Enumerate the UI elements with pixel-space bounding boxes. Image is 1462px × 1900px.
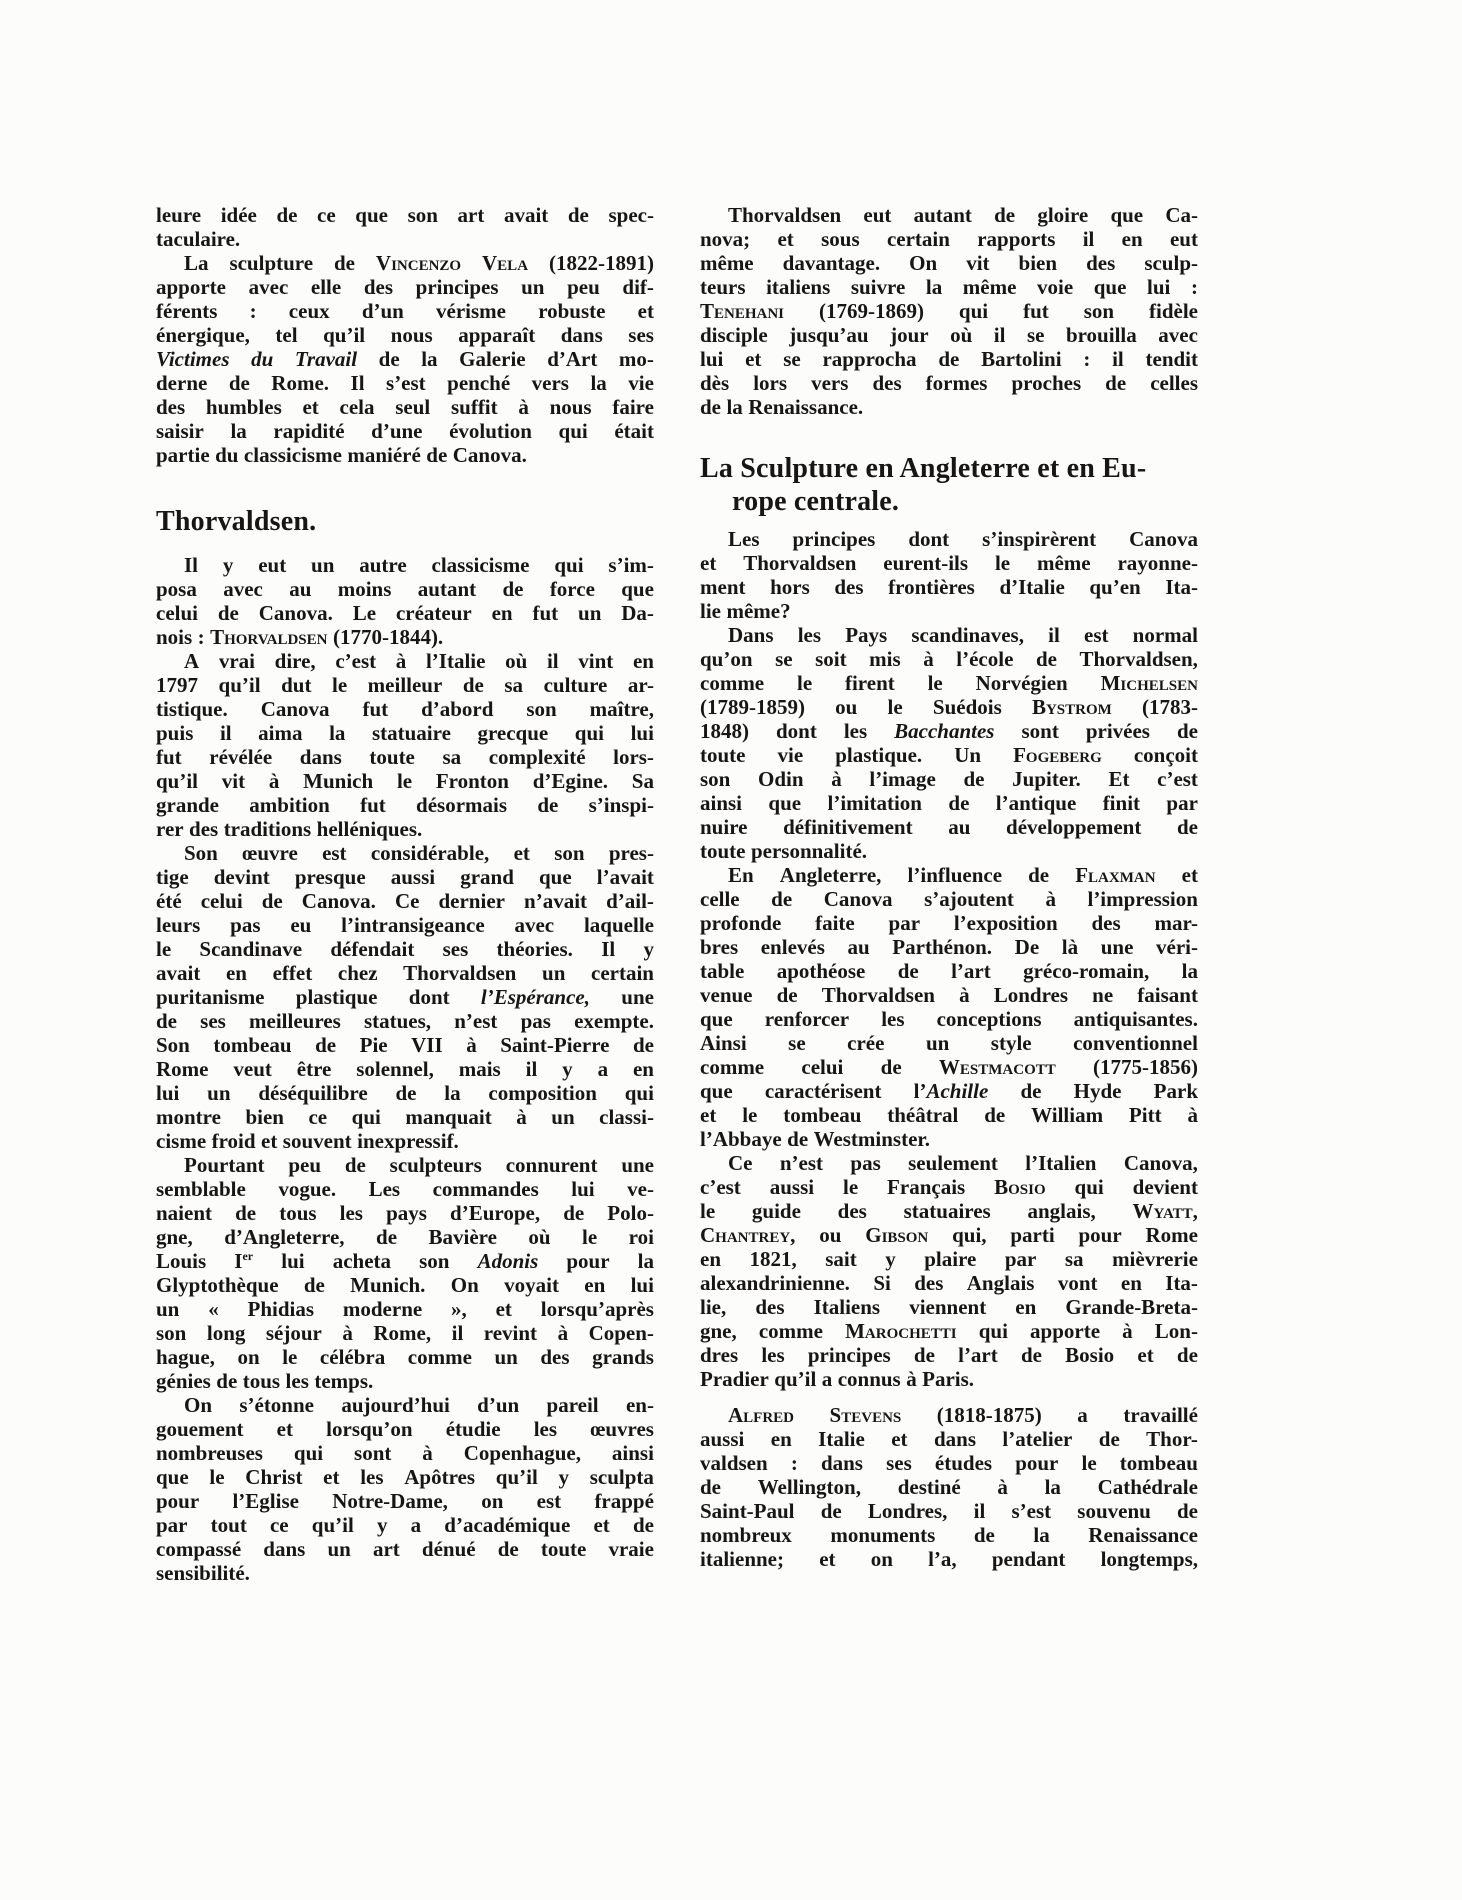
word: tige	[156, 865, 189, 889]
word: du	[215, 443, 238, 467]
text-line: Romeveutêtresolennel,maisilyaen	[156, 1057, 654, 1081]
word: évolution	[449, 419, 532, 443]
word: tous	[279, 1201, 316, 1225]
word: sculpta	[590, 1465, 654, 1489]
word: son	[700, 767, 730, 791]
text-line: leureidéedecequesonartavaitdespec-	[156, 203, 654, 227]
text-line: Pourtantpeudesculpteursconnurentune	[156, 1153, 654, 1177]
text-line: étéceluideCanova.Cederniern’avaitd’ail-	[156, 889, 654, 913]
word: il	[526, 1057, 538, 1081]
word: italiens	[766, 275, 830, 299]
word: célébra	[320, 1345, 385, 1369]
word: saisir	[156, 419, 204, 443]
word: de	[700, 1475, 721, 1499]
word: vogue.	[278, 1177, 336, 1201]
word: pays	[386, 1201, 427, 1225]
text-line: nombreusesquisontàCopenhague,ainsi	[156, 1441, 654, 1465]
word: le	[928, 671, 943, 695]
word: à	[1122, 1319, 1133, 1343]
text-line: Cen’estpasseulementl’ItalienCanova,	[700, 1151, 1198, 1175]
word: Dans	[728, 623, 774, 647]
word: Christ	[245, 1465, 302, 1489]
word: a	[411, 1513, 422, 1537]
word: à	[1045, 887, 1056, 911]
word: des	[838, 1199, 867, 1223]
text-line: disciplejusqu’aujouroùilsebrouillaavec	[700, 323, 1198, 347]
word: gréco-romain,	[1023, 959, 1149, 983]
word: l’art	[951, 959, 991, 983]
word: en	[633, 1057, 654, 1081]
word: table	[700, 959, 744, 983]
word: par	[1005, 1247, 1037, 1271]
word: De	[1015, 935, 1040, 959]
word: Italie	[818, 1427, 865, 1451]
word: puis	[156, 721, 193, 745]
word: Angleterre,	[780, 863, 882, 887]
word: connurent	[506, 1153, 598, 1177]
word: même	[1037, 551, 1091, 575]
text-line: etThorvaldseneurent-ilslemêmerayonne-	[700, 551, 1198, 575]
word: s’ajoutent	[924, 887, 1014, 911]
word: Fronton	[436, 769, 509, 793]
word: avec	[514, 913, 554, 937]
word: art	[373, 1537, 400, 1561]
word: l’Abbaye	[700, 1127, 782, 1151]
text-line: lie,desItaliensviennentenGrande-Breta-	[700, 1295, 1198, 1319]
text-line: commelefirentleNorvégienMichelsen	[700, 671, 1198, 695]
word: long	[207, 1321, 246, 1345]
word: il	[1048, 623, 1060, 647]
word: mièvrerie	[1112, 1247, 1198, 1271]
word: à	[997, 1475, 1008, 1499]
word: y	[562, 1057, 573, 1081]
word: Londres,	[868, 1499, 948, 1523]
word: Canova	[824, 887, 893, 911]
word: à	[831, 767, 842, 791]
word: fut	[1023, 299, 1049, 323]
word: firent	[845, 671, 895, 695]
word: à	[558, 1321, 569, 1345]
word: déséquilibre	[258, 1081, 367, 1105]
word: il	[1112, 347, 1124, 371]
text-line: luiundéséquilibredelacompositionqui	[156, 1081, 654, 1105]
word: Tenehani	[700, 299, 784, 323]
word: idée	[221, 203, 257, 227]
word: l’atelier	[1002, 1427, 1072, 1451]
word: pour	[156, 1489, 199, 1513]
word: d’académique	[444, 1513, 570, 1537]
word: les	[761, 1343, 784, 1367]
word: conventionnel	[1073, 1031, 1198, 1055]
word: l’Eglise	[232, 1489, 299, 1513]
word: Ita-	[1165, 575, 1198, 599]
word: un	[327, 1537, 350, 1561]
word: personnalité.	[751, 839, 867, 863]
paragraph: Ilyeutunautreclassicismequis’im-posaavec…	[156, 553, 654, 649]
text-line: bresenlevésauParthénon.Delàunevéri-	[700, 935, 1198, 959]
word: de	[1036, 647, 1057, 671]
word: Ainsi	[700, 1031, 747, 1055]
word: qui	[625, 1081, 654, 1105]
word: de	[898, 959, 919, 983]
word: eut	[258, 553, 286, 577]
word: même?	[726, 599, 790, 623]
word: grecque	[477, 721, 548, 745]
word: gloire	[1037, 203, 1088, 227]
word: nous	[391, 323, 433, 347]
word: de	[964, 767, 985, 791]
word: pour	[1079, 1223, 1122, 1247]
word: un	[156, 1297, 179, 1321]
word: une	[621, 985, 654, 1009]
word: les	[286, 1369, 309, 1393]
word: d’un	[362, 299, 404, 323]
word: d’abord	[421, 697, 493, 721]
word: cela	[340, 395, 375, 419]
word: dans	[934, 1427, 976, 1451]
text-line: avaiteneffetchezThorvaldsenuncertain	[156, 961, 654, 985]
word: penché	[447, 371, 510, 395]
word: Ier	[234, 1249, 253, 1273]
word: de	[379, 347, 400, 371]
word: se	[775, 647, 793, 671]
word: un	[542, 961, 565, 985]
word: les	[844, 719, 867, 743]
word: Bacchantes	[894, 719, 994, 743]
word: chez	[338, 961, 378, 985]
text-line: LouisIerluiachetasonAdonispourla	[156, 1249, 654, 1273]
word: qui	[959, 299, 988, 323]
word: et	[891, 1427, 907, 1451]
word: par	[156, 1513, 188, 1537]
word: Wellington,	[758, 1475, 861, 1499]
subsection-heading: Thorvaldsen.	[156, 507, 654, 537]
word: Bystrom	[1032, 695, 1112, 719]
word: nova;	[700, 227, 750, 251]
word: l’image	[869, 767, 935, 791]
word: un	[551, 1105, 574, 1129]
word: brouilla	[1066, 323, 1137, 347]
text-line: deshumblesetcelaseulsuffitànousfaire	[156, 395, 654, 419]
word: aussi	[391, 865, 435, 889]
word: l’impression	[1087, 887, 1197, 911]
word: grande	[156, 793, 219, 817]
text-line: tistique.Canovafutd’abordsonmaître,	[156, 697, 654, 721]
word: qui	[575, 721, 604, 745]
text-line: rerdestraditionshelléniques.	[156, 817, 654, 841]
word: Gibson	[865, 1223, 928, 1247]
word: roi	[629, 1225, 654, 1249]
word: de	[1177, 719, 1198, 743]
text-line: taculaire.	[156, 227, 654, 251]
word: eu	[290, 913, 311, 937]
word: de	[771, 887, 792, 911]
word: classicisme	[244, 443, 342, 467]
word: Bartolini	[981, 347, 1062, 371]
word: s’est	[1011, 1499, 1051, 1523]
word: à	[396, 649, 407, 673]
word: est	[537, 1489, 562, 1513]
word: nombreux	[700, 1523, 792, 1547]
word: le	[843, 1175, 858, 1199]
word: à	[906, 1367, 917, 1391]
word: l’Achille	[914, 1079, 989, 1103]
word: Paris.	[922, 1367, 974, 1391]
text-line: delaRenaissance.	[700, 395, 1198, 419]
word: développement	[1006, 815, 1141, 839]
word: rapidité	[273, 419, 344, 443]
word: ar-	[628, 673, 654, 697]
word: s’inspirèrent	[982, 527, 1096, 551]
word: A	[184, 649, 199, 673]
word: ainsi	[700, 791, 742, 815]
word: y	[643, 937, 654, 961]
word: monuments	[830, 1523, 935, 1547]
word: en	[771, 1427, 792, 1451]
word: robuste	[538, 299, 605, 323]
word: avec	[249, 275, 289, 299]
word: sont	[1021, 719, 1058, 743]
word: au	[848, 935, 870, 959]
text-line: nova;etsouscertainrapportsileneut	[700, 227, 1198, 251]
word: des	[540, 1345, 569, 1369]
word: sa	[442, 745, 461, 769]
word: pour	[566, 1249, 609, 1273]
word: lui	[700, 347, 723, 371]
word: le	[995, 551, 1010, 575]
word: pres-	[609, 841, 654, 865]
word: Si	[873, 1271, 891, 1295]
word: pareil	[547, 1393, 599, 1417]
word: sont	[354, 1441, 391, 1465]
text-line: semblablevogue.Lescommandesluive-	[156, 1177, 654, 1201]
word: et	[819, 1547, 835, 1571]
word: en	[226, 961, 247, 985]
text-line: VictimesduTravaildelaGaleried’Artmo-	[156, 347, 654, 371]
word: fidèle	[1149, 299, 1198, 323]
word: Pitt	[1129, 1103, 1162, 1127]
word: cisme	[156, 1129, 206, 1153]
word: l’intransigeance	[341, 913, 484, 937]
word: par	[1166, 791, 1198, 815]
word: seul	[395, 395, 430, 419]
word: rapports	[977, 227, 1055, 251]
word: fut	[360, 793, 386, 817]
word: un	[521, 275, 544, 299]
paragraph: Lesprincipesdonts’inspirèrentCanovaetTho…	[700, 527, 1198, 623]
text-line: alexandrinienne.SidesAnglaisvontenIta-	[700, 1271, 1198, 1295]
word: Renaissance	[1088, 1523, 1198, 1547]
word: autant	[914, 203, 972, 227]
word: Londres	[994, 983, 1068, 1007]
word: toute	[700, 839, 746, 863]
word: complexité	[489, 745, 586, 769]
word: le	[700, 1199, 715, 1223]
word: pas	[230, 913, 260, 937]
word: n’avait	[524, 889, 587, 913]
word: définitivement	[783, 815, 912, 839]
word: renforcer	[765, 1007, 849, 1031]
text-line: posaavecaumoinsautantdeforceque	[156, 577, 654, 601]
word: naient	[156, 1201, 212, 1225]
word: plastique	[296, 985, 378, 1009]
word: Rome	[156, 1057, 208, 1081]
word: exempte.	[574, 1009, 654, 1033]
word: et	[514, 841, 530, 865]
word: celles	[1150, 371, 1198, 395]
word: ne	[1092, 983, 1113, 1007]
word: qu’il	[312, 1513, 354, 1537]
text-line: quecaractérisentl’AchilledeHydePark	[700, 1079, 1198, 1103]
word: inexpressif.	[357, 1129, 459, 1153]
word: dès	[700, 371, 729, 395]
word: soit	[815, 647, 847, 671]
word: en	[1122, 227, 1143, 251]
word: Norvégien	[976, 671, 1068, 695]
word: avait	[504, 203, 548, 227]
text-line: futrévéléedanstoutesacomplexitélors-	[156, 745, 654, 769]
word: Un	[954, 743, 981, 767]
word: des	[1091, 911, 1120, 935]
word: travaillé	[1123, 1403, 1198, 1427]
word: derne	[156, 371, 207, 395]
word: là	[1062, 935, 1078, 959]
word: de	[229, 371, 250, 395]
word: italienne;	[700, 1547, 784, 1571]
text-line: (1789-1859)ouleSuédoisBystrom(1783-	[700, 695, 1198, 719]
word: aussi	[700, 1427, 744, 1451]
word: se	[788, 1031, 806, 1055]
word: Glyptothèque	[156, 1273, 279, 1297]
word: de	[777, 983, 798, 1007]
word: leure	[156, 203, 201, 227]
word: un	[207, 1081, 230, 1105]
word: Polo-	[607, 1201, 654, 1225]
word: lie	[700, 599, 721, 623]
word: son	[1084, 299, 1114, 323]
word: Hyde	[1074, 1079, 1122, 1103]
word: disciple	[700, 323, 768, 347]
paragraph: Sonœuvreestconsidérable,etsonpres-tigede…	[156, 841, 654, 1153]
word: Thorvaldsen,	[1079, 647, 1197, 671]
word: souvenu	[1077, 1499, 1151, 1523]
word: l’art	[958, 1343, 998, 1367]
word: statuaires	[904, 1199, 991, 1223]
word: d’Italie	[999, 575, 1064, 599]
word: s’étonne	[239, 1393, 314, 1417]
word: que	[768, 791, 801, 815]
text-line: Saint-PauldeLondres,ils’estsouvenude	[700, 1499, 1198, 1523]
word: d’un	[477, 1393, 519, 1417]
word: fut	[362, 697, 388, 721]
word: et	[745, 347, 761, 371]
text-line: qu’onsesoitmisàl’écoledeThorvaldsen,	[700, 647, 1198, 671]
text-line: commeceluideWestmacott(1775-1856)	[700, 1055, 1198, 1079]
word: qu’il	[774, 1367, 816, 1391]
word: Thorvaldsen	[403, 961, 516, 985]
paragraph: Ons’étonneaujourd’huid’unpareilen-goueme…	[156, 1393, 654, 1585]
text-line: leurspaseul’intransigeanceaveclaquelle	[156, 913, 654, 937]
word: Ita-	[1165, 1271, 1198, 1295]
word: de	[568, 203, 589, 227]
word: Canova.	[453, 443, 527, 467]
word: a	[822, 1367, 833, 1391]
word: qu’il	[496, 1465, 538, 1489]
text-line: DanslesPaysscandinaves,ilestnormal	[700, 623, 1198, 647]
word: Michelsen	[1101, 671, 1198, 695]
word: Il	[601, 937, 615, 961]
text-line: toutevieplastique.UnFogebergconçoit	[700, 743, 1198, 767]
word: de	[262, 889, 283, 913]
text-line: EnAngleterre,l’influencedeFlaxmanet	[700, 863, 1198, 887]
word: laquelle	[584, 913, 654, 937]
word: Canova.	[302, 889, 376, 913]
word: tout	[211, 1513, 247, 1537]
text-line: Ainsisecréeunstyleconventionnel	[700, 1031, 1198, 1055]
word: Marochetti	[845, 1319, 957, 1343]
text-line: Chantrey,ouGibsonqui,partipourRome	[700, 1223, 1198, 1247]
word: dans	[561, 323, 603, 347]
word: Suédois	[933, 695, 1002, 719]
word: autant	[418, 577, 476, 601]
word: pas	[521, 1009, 551, 1033]
word: meilleures	[249, 1009, 341, 1033]
word: Thorvaldsen	[728, 203, 841, 227]
text-line: cismefroidetsouventinexpressif.	[156, 1129, 654, 1153]
word: au	[948, 815, 970, 839]
word: des	[364, 275, 393, 299]
word: de	[1105, 371, 1126, 395]
word: se	[783, 347, 801, 371]
word: y	[223, 553, 234, 577]
word: Grande-Breta-	[1065, 1295, 1198, 1319]
word: qui	[979, 1319, 1008, 1343]
word: valdsen	[700, 1451, 768, 1475]
word: suffit	[451, 395, 498, 419]
word: mais	[459, 1057, 501, 1081]
word: œuvres	[590, 1417, 654, 1441]
word: composition	[488, 1081, 597, 1105]
word: Canova	[1129, 527, 1198, 551]
word: Flaxman	[1075, 863, 1155, 887]
word: ce	[270, 1513, 289, 1537]
word: anglais,	[1027, 1199, 1095, 1223]
word: compassé	[156, 1537, 241, 1561]
word: Italiens	[814, 1295, 881, 1319]
word: nois	[156, 625, 192, 649]
word: «	[208, 1297, 219, 1321]
word: dif-	[622, 275, 654, 299]
text-line: en1821,saityplaireparsamièvrerie	[700, 1247, 1198, 1271]
word: (1775-1856)	[1093, 1055, 1198, 1079]
word: est	[322, 841, 347, 865]
word: sa	[1065, 1247, 1084, 1271]
word: :	[791, 1451, 798, 1475]
text-line: querenforcerlesconceptionsantiquisantes.	[700, 1007, 1198, 1031]
word: aima	[258, 721, 302, 745]
word: classi-	[599, 1105, 654, 1129]
word: où	[528, 1225, 550, 1249]
word: eut	[1170, 227, 1198, 251]
word: semblable	[156, 1177, 246, 1201]
word: spec-	[608, 203, 654, 227]
word: considérable,	[371, 841, 489, 865]
column-left: leureidéedecequesonartavaitdespec-tacula…	[156, 203, 654, 1585]
word: d’une	[371, 419, 422, 443]
word: hors	[770, 575, 810, 599]
word: mo-	[619, 347, 654, 371]
word: de	[334, 251, 355, 275]
